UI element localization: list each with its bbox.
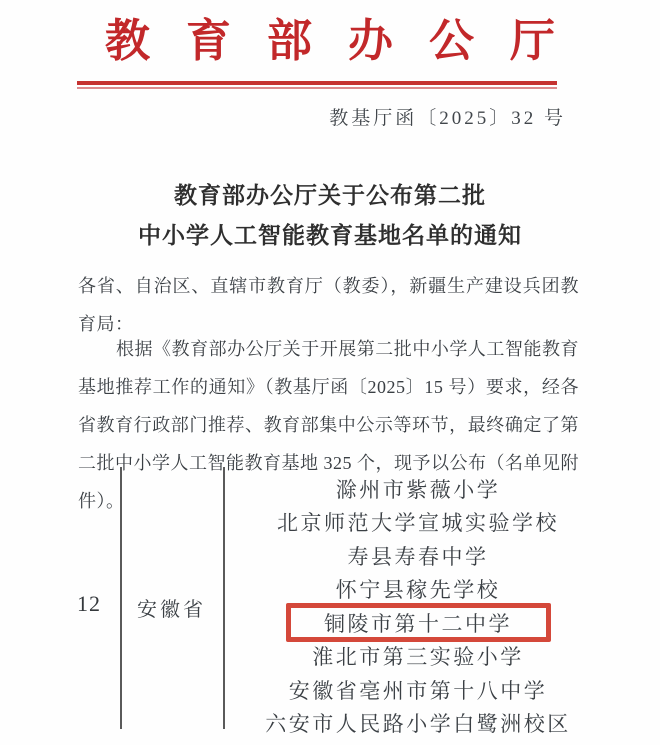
school-row: 六安市人民路小学白鹭洲校区 — [223, 707, 613, 741]
school-name: 铜陵市第十二中学 — [324, 608, 512, 638]
document-number: 教基厅函〔2025〕32 号 — [78, 103, 566, 130]
table-province-name: 安徽省 — [120, 593, 223, 622]
school-row: 怀宁县稼先学校 — [223, 573, 613, 607]
school-row: 滁州市紫薇小学 — [223, 472, 613, 506]
school-name: 北京师范大学宣城实验学校 — [277, 507, 559, 537]
notice-title-line1: 教育部办公厅关于公布第二批 — [0, 176, 660, 216]
school-name: 淮北市第三实验小学 — [312, 641, 524, 671]
school-name: 安徽省亳州市第十八中学 — [289, 675, 548, 705]
divider-thick-line — [77, 81, 557, 85]
school-name: 六安市人民路小学白鹭洲校区 — [265, 708, 571, 738]
school-row: 北京师范大学宣城实验学校 — [223, 506, 613, 540]
notice-title-line2: 中小学人工智能教育基地名单的通知 — [0, 216, 660, 256]
red-highlight-box: 铜陵市第十二中学 — [286, 603, 551, 642]
document-page: 教育部办公厅 教基厅函〔2025〕32 号 教育部办公厅关于公布第二批 中小学人… — [0, 0, 660, 745]
divider-thin-line — [77, 87, 557, 89]
school-row-highlighted: 铜陵市第十二中学 — [223, 606, 613, 640]
school-row: 安徽省亳州市第十八中学 — [223, 673, 613, 707]
notice-title: 教育部办公厅关于公布第二批 中小学人工智能教育基地名单的通知 — [0, 176, 660, 256]
school-row: 寿县寿春中学 — [223, 539, 613, 573]
school-name: 怀宁县稼先学校 — [336, 574, 501, 604]
school-row: 淮北市第三实验小学 — [223, 640, 613, 674]
table-row-number: 12 — [58, 591, 120, 617]
agency-letterhead: 教育部办公厅 — [0, 17, 660, 65]
school-name: 滁州市紫薇小学 — [336, 474, 501, 504]
school-name: 寿县寿春中学 — [348, 541, 489, 571]
letterhead-divider — [77, 81, 557, 89]
school-list: 滁州市紫薇小学 北京师范大学宣城实验学校 寿县寿春中学 怀宁县稼先学校 铜陵市第… — [223, 472, 613, 740]
